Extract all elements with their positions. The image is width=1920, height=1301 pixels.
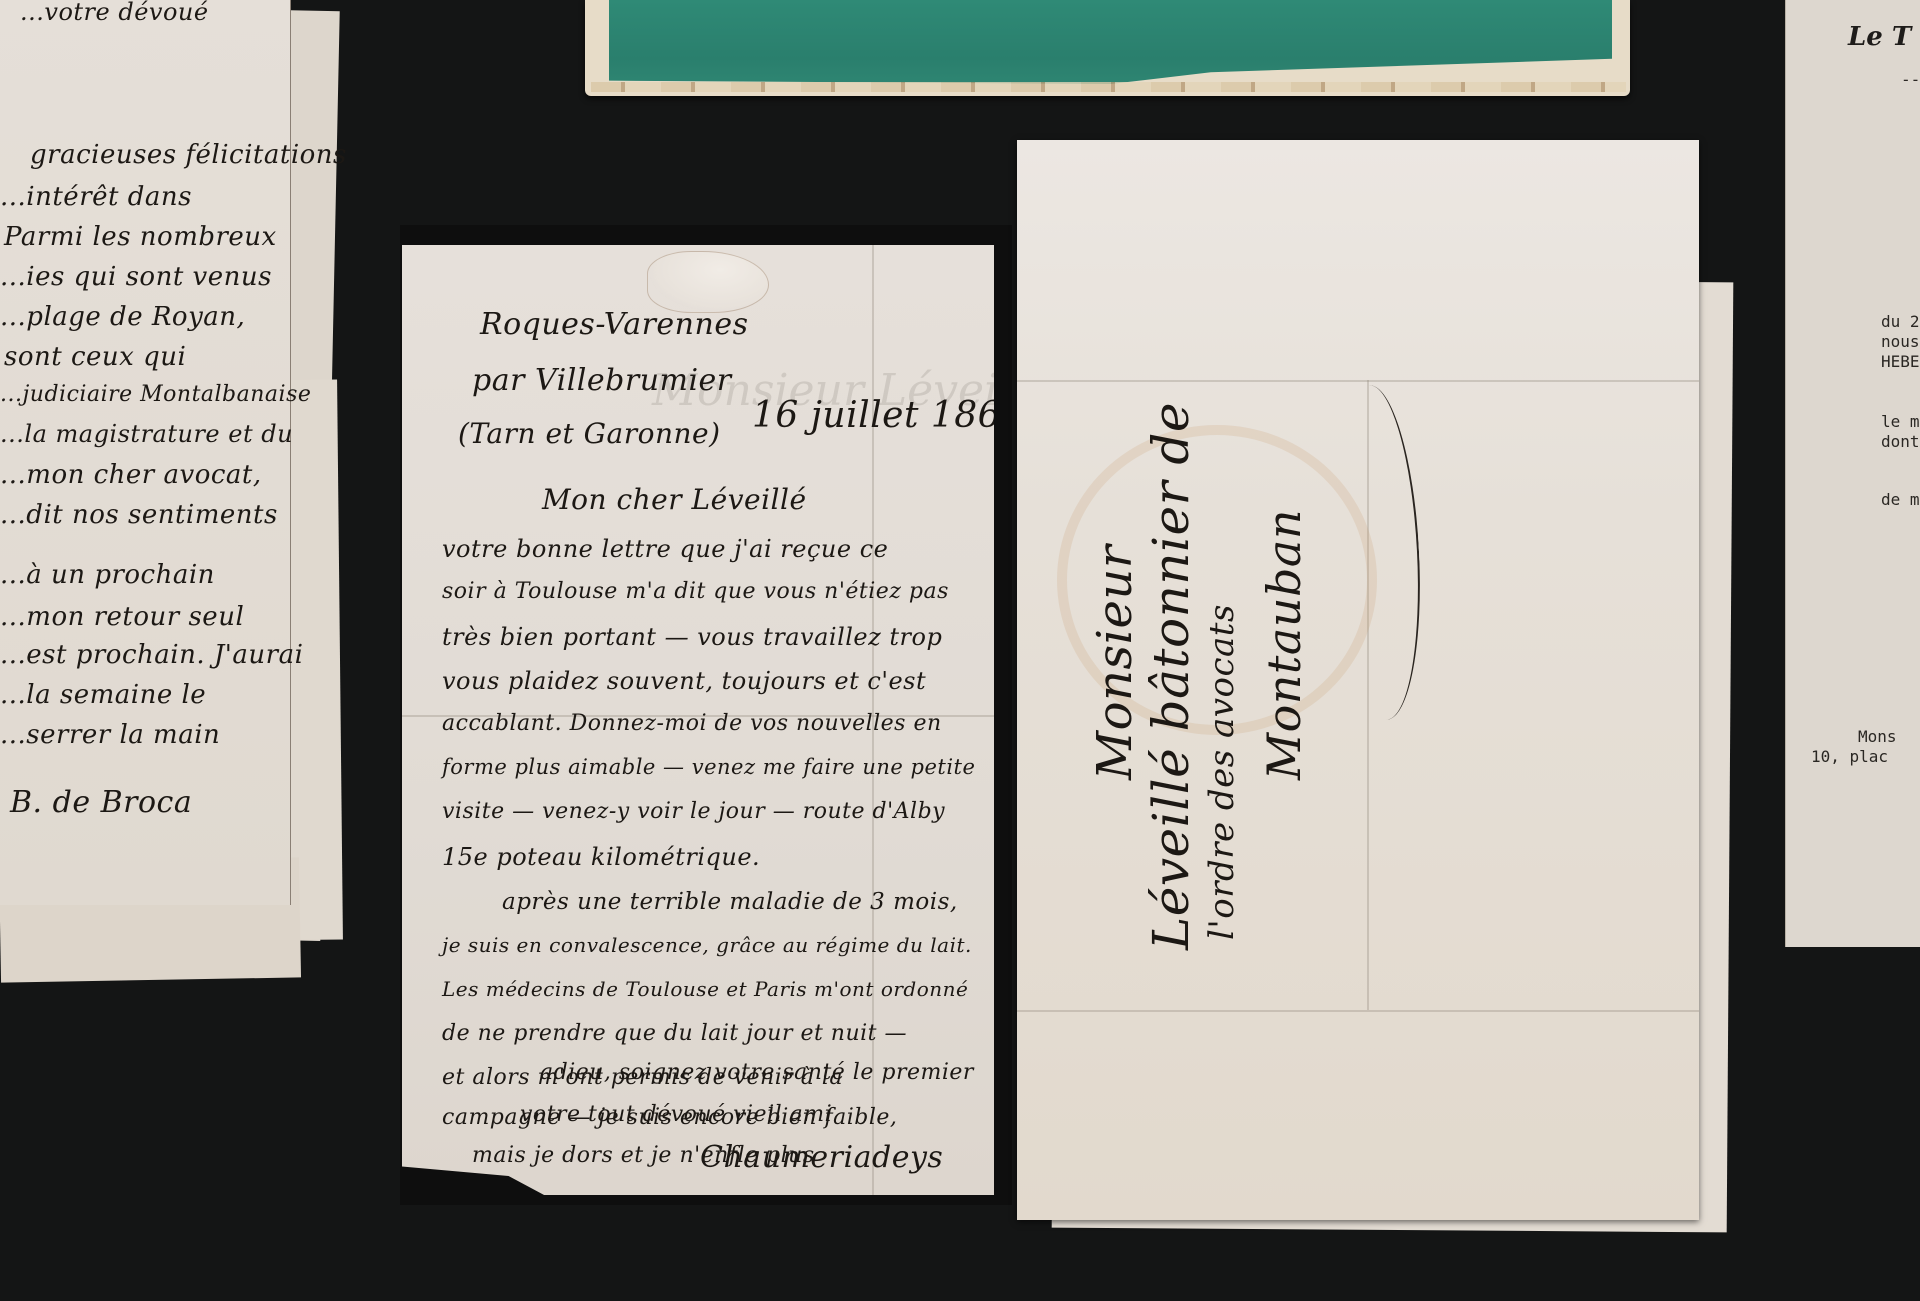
typed-line: de m: [1881, 490, 1920, 509]
letter-line: ...mon cher avocat,: [0, 460, 262, 490]
body-line: de ne prendre que du lait jour et nuit —: [442, 1021, 907, 1046]
typed-address-line: 10, plac: [1811, 747, 1888, 766]
body-line: vous plaidez souvent, toujours et c'est: [442, 667, 926, 695]
typed-line: du 2: [1881, 312, 1920, 331]
left-handwritten-letter: ...votre dévoué gracieuses félicitations…: [0, 0, 291, 905]
folded-envelope-letter: Monsieur Léveillé bâtonnier de l'ordre d…: [1017, 140, 1699, 1220]
letterhead-rule: --: [1901, 70, 1920, 89]
letter-line: sont ceux qui: [4, 342, 186, 372]
letter-line: ...votre dévoué: [20, 0, 209, 26]
typed-line: dont: [1881, 432, 1920, 451]
body-line: très bien portant — vous travaillez trop: [442, 623, 942, 651]
letter-line: ...est prochain. J'aurai: [0, 640, 303, 670]
letter-date: 16 juillet 1868: [752, 395, 1024, 436]
letter-line: ...intérêt dans: [0, 182, 192, 212]
body-line: après une terrible maladie de 3 mois,: [502, 889, 958, 915]
address-line: Montauban: [1257, 509, 1311, 780]
body-line: Les médecins de Toulouse et Paris m'ont …: [442, 977, 968, 1001]
body-line: votre bonne lettre que j'ai reçue ce: [442, 535, 888, 563]
typed-line: nous: [1881, 332, 1920, 351]
body-line: accablant. Donnez-moi de vos nouvelles e…: [442, 711, 942, 736]
letter-line: ...ies qui sont venus: [0, 262, 272, 292]
address-line: Léveillé bâtonnier de: [1142, 402, 1200, 950]
fold-line: [1017, 1010, 1699, 1012]
body-line: visite — venez-y voir le jour — route d'…: [442, 799, 945, 824]
letter-line: ...plage de Royan,: [0, 302, 245, 332]
place-line: (Tarn et Garonne): [458, 417, 721, 450]
booklet-page-edges: [591, 82, 1626, 92]
letter-line: ...judiciaire Montalbanaise: [0, 382, 311, 407]
letter-line: ...mon retour seul: [0, 602, 244, 632]
center-handwritten-letter: Monsieur Léveillé Roques-Varennes par Vi…: [402, 245, 994, 1195]
address-line: l'ordre des avocats: [1202, 604, 1242, 940]
letter-line: ...dit nos sentiments: [0, 500, 278, 530]
letter-line: ...serrer la main: [0, 720, 220, 750]
address-flourish: [1328, 383, 1427, 722]
address-line: Monsieur: [1087, 545, 1143, 780]
fold-line: [1017, 380, 1699, 382]
body-line: je suis en convalescence, grâce au régim…: [442, 933, 972, 957]
closing-line: adieu, soignez votre santé le premier: [540, 1060, 974, 1085]
typed-address-line: Mons: [1858, 727, 1897, 746]
place-line: par Villebrumier: [472, 363, 732, 398]
typed-letter: Le T -- du 2 nous HEBE le m dont de m Mo…: [1785, 0, 1920, 947]
teal-booklet: [585, 0, 1630, 96]
letter-line: gracieuses félicitations: [30, 140, 347, 170]
typed-line: HEBE: [1881, 352, 1920, 371]
body-line: forme plus aimable — venez me faire une …: [442, 755, 975, 779]
letter-line: ...la magistrature et du: [0, 420, 293, 448]
paper-tear: [647, 251, 769, 313]
letter-line: ...la semaine le: [0, 680, 206, 710]
letter-line: Parmi les nombreux: [4, 222, 277, 252]
closing-line: votre tout dévoué vieil ami: [520, 1102, 832, 1127]
body-line: soir à Toulouse m'a dit que vous n'étiez…: [442, 579, 949, 604]
place-line: Roques-Varennes: [480, 307, 748, 342]
salutation: Mon cher Léveillé: [542, 483, 807, 516]
letterhead: Le T: [1848, 22, 1911, 52]
body-line: 15e poteau kilométrique.: [442, 843, 760, 871]
letter-line: ...à un prochain: [0, 560, 215, 590]
signature: Chaumeriadeys: [700, 1140, 943, 1175]
typed-line: le m: [1881, 412, 1920, 431]
signature: B. de Broca: [10, 785, 192, 820]
booklet-cover: [609, 0, 1612, 84]
